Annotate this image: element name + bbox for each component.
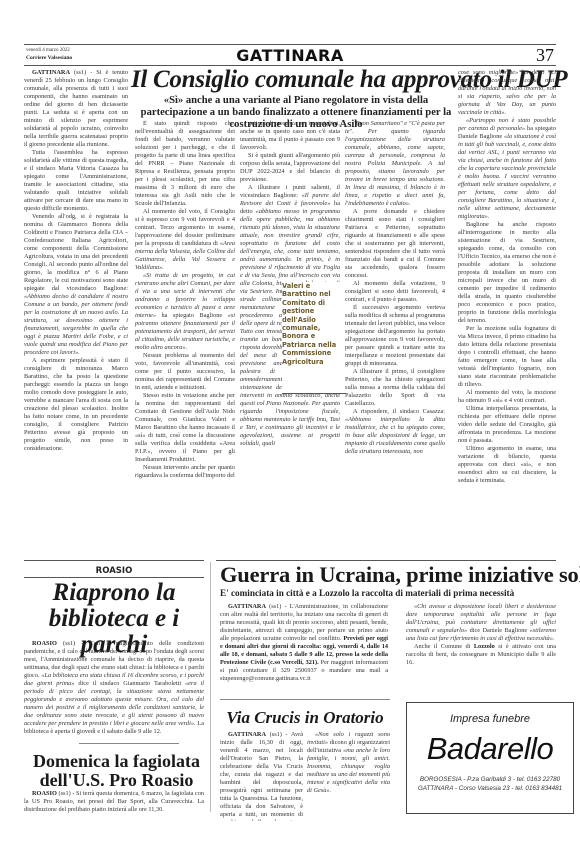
roasio-article-body: ROASIO (ss1) - Con il miglioramento dell… <box>24 640 204 737</box>
paragraph: gettone di presenza per i consiglieri, a… <box>240 120 340 152</box>
main-headline: Il Consiglio comunale ha approvato il DU… <box>131 66 461 94</box>
section-title: GATTINARA <box>24 46 556 65</box>
paragraph: «Purtroppo non è stato possibile per car… <box>458 117 556 221</box>
paragraph: Baglione ha anche risposto all'interroga… <box>458 221 556 325</box>
paragraph: Nessun intervento anche per quanto rigua… <box>135 464 235 480</box>
crucis-headline: Via Crucis in Oratorio <box>220 708 390 728</box>
divider <box>24 577 204 578</box>
paragraph: «Si tratta di un progetto, in cui rientr… <box>135 272 235 352</box>
paragraph: A esprimere perplessità è stato il consi… <box>24 357 128 453</box>
guerra-article-col-1: GATTINARA (ss1) - L'Amministrazione, in … <box>220 603 388 689</box>
crucis-article-col-1: GATTINARA (ss1) - Avrà inizio dalle 16,3… <box>220 731 303 821</box>
paragraph: Si è quindi giunti all'argomento più cor… <box>240 152 340 184</box>
divider <box>220 699 390 700</box>
fagiolata-headline: Domenica la fagiolata dell'U.S. Pro Roas… <box>24 752 209 790</box>
guerra-subheadline: E' cominciata in città e a Lozzolo la ra… <box>220 588 560 598</box>
section-label: ROASIO <box>24 566 204 576</box>
paragraph: Per la mozione sulla fognatura di via Mi… <box>458 325 556 389</box>
paragraph: Ultima interpellanza presentata, la rich… <box>458 405 556 445</box>
divider <box>282 393 346 394</box>
column-divider <box>210 562 211 812</box>
ad-address-2: GATTINARA - Corso Valsesia 23 - tel. 016… <box>407 784 573 793</box>
main-article-col-1: GATTINARA (ss1) - Si è tenuto venerdì 25… <box>24 69 128 555</box>
paragraph: Al momento del voto, la mozione ha otten… <box>458 389 556 405</box>
ad-tagline: Impresa funebre <box>407 713 573 725</box>
fagiolata-article-body: ROASIO (ss1) - Si terrà questa domenica,… <box>24 790 204 824</box>
paragraph: - Si è tenuto venerdì 25 febbraio un lun… <box>24 69 128 148</box>
pull-quote-text: Valeri e Barattino nel Comitato di gesti… <box>282 282 346 366</box>
paragraph: Venendo all'odg, si è registrata la nomi… <box>24 213 128 357</box>
funeral-home-ad: Impresa funebre Badarello BORGOSESIA - P… <box>406 702 574 814</box>
paragraph: Stesso esito in votazione anche per la n… <box>135 392 235 464</box>
byline: (ss1) <box>74 69 86 76</box>
guerra-article-col-2: «Chi avesse a disposizione locali liberi… <box>406 603 556 689</box>
newspaper-page: venerdì 4 marzo 2022 Corriere Valsesiano… <box>24 0 556 860</box>
page-number: 37 <box>536 45 554 66</box>
ad-address-1: BORGOSESIA - P.za Garibaldi 3 - tel. 016… <box>407 775 573 784</box>
main-article-col-6: cose sono migliorate» ha detto «ci chied… <box>458 69 556 555</box>
masthead: venerdì 4 marzo 2022 Corriere Valsesiano… <box>24 44 556 66</box>
paragraph: Tutta l'assemblea ha espresso solidariet… <box>24 149 128 213</box>
ad-brand-name: Badarello <box>407 731 573 767</box>
paragraph: È stato quindi risposto che, nell'eventu… <box>135 120 235 208</box>
paragraph: Nessun problema al momento del voto, fav… <box>135 352 235 392</box>
divider <box>216 560 556 561</box>
paragraph: cose sono migliorate» ha detto «ci chied… <box>458 69 556 117</box>
main-article-col-2: È stato quindi risposto che, nell'eventu… <box>135 120 235 555</box>
dateline: GATTINARA <box>32 69 70 76</box>
divider <box>24 560 204 561</box>
crucis-article-col-2: «Non solo i ragazzi sono invitati» dicon… <box>307 731 390 821</box>
divider <box>79 743 179 744</box>
pull-quote-box: Valeri e Barattino nel Comitato di gesti… <box>282 282 346 394</box>
guerra-headline: Guerra in Ucraina, prime iniziative soli… <box>220 562 560 588</box>
paragraph: Ultimo argomento in esame, una variazion… <box>458 445 556 485</box>
paragraph: Al momento del voto, il Consiglio si è e… <box>135 208 235 272</box>
